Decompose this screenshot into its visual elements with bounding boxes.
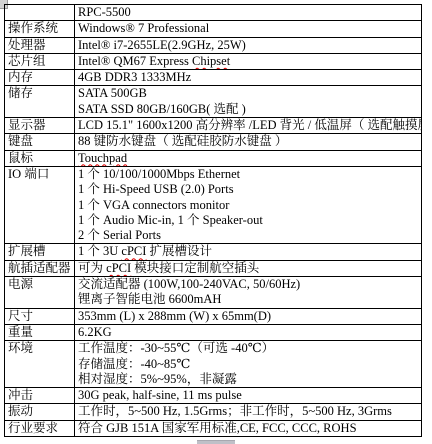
- text-segment: Intel® i7-2655LE(2.9GHz, 25W): [78, 38, 246, 52]
- spec-line: 1 个 3U cPCI 扩展槽设计: [78, 244, 418, 259]
- text-segment: 1 个 3U: [78, 244, 121, 258]
- spec-line: SATA SSD 80GB/160GB( 选配 ): [78, 102, 418, 117]
- text-segment: 1 个 10/100/1000Mbps Ethernet: [78, 167, 240, 181]
- text-segment: 30G peak, half-sine, 11 ms pulse: [78, 388, 242, 402]
- text-segment: 模块接口定制航空插头: [131, 261, 259, 275]
- spec-label[interactable]: 键盘: [5, 134, 75, 150]
- spec-line: 存储温度：-40~85℃: [78, 357, 418, 372]
- spec-label[interactable]: 振动: [5, 404, 75, 420]
- table-row-cpu: 处理器 Intel® i7-2655LE(2.9GHz, 25W): [5, 37, 422, 53]
- spec-line: 4GB DDR3 1333MHz: [78, 70, 418, 85]
- text-segment: 符合 GJB 151A 国家军用标准,CE, FCC, CCC, ROHS: [78, 421, 357, 435]
- text-segment: 6.2KG: [78, 325, 112, 339]
- text-segment: 相对湿度：5%~95%，非凝露: [78, 372, 237, 386]
- spec-line: 符合 GJB 151A 国家军用标准,CE, FCC, CCC, ROHS: [78, 421, 418, 436]
- table-row-industry-compliance: 行业要求 符合 GJB 151A 国家军用标准,CE, FCC, CCC, RO…: [5, 420, 422, 436]
- spec-line: Windows® 7 Professional: [78, 21, 418, 36]
- model-number: RPC-5500: [78, 5, 131, 19]
- spec-value[interactable]: 工作温度：-30~55℃（可选 -40℃） 存储温度：-40~85℃ 相对湿度：…: [75, 341, 422, 388]
- spec-label[interactable]: 鼠标: [5, 150, 75, 166]
- spec-label[interactable]: 芯片组: [5, 53, 75, 69]
- spec-line: LCD 15.1" 1600x1200 高分辨率 /LED 背光 / 低温屏（ …: [78, 118, 418, 133]
- table-row-weight: 重量 6.2KG: [5, 324, 422, 340]
- spec-line: RPC-5500: [78, 5, 418, 20]
- spec-value[interactable]: 30G peak, half-sine, 11 ms pulse: [75, 388, 422, 404]
- spec-label[interactable]: 储存: [5, 86, 75, 118]
- spec-line: 工作时，5~500 Hz, 1.5Grms；非工作时，5~500 Hz, 3Gr…: [78, 404, 418, 419]
- table-row-vibration: 振动 工作时，5~500 Hz, 1.5Grms；非工作时，5~500 Hz, …: [5, 404, 422, 420]
- document-page: RPC-5500 操作系统 Windows® 7 Professional 处理…: [0, 0, 432, 444]
- spec-value[interactable]: 353mm (L) x 288mm (W) x 65mm(D): [75, 308, 422, 324]
- spec-label[interactable]: 尺寸: [5, 308, 75, 324]
- table-resize-handle-artifact[interactable]: [197, 440, 235, 444]
- table-row-shock: 冲击 30G peak, half-sine, 11 ms pulse: [5, 388, 422, 404]
- spec-line: 可为 cPCI 模块接口定制航空插头: [78, 261, 418, 276]
- text-segment: 扩展槽设计: [146, 244, 212, 258]
- spec-value[interactable]: Touchpad: [75, 150, 422, 166]
- spec-label[interactable]: 显示器: [5, 118, 75, 134]
- text-segment: 锂离子智能电池 6600mAH: [78, 292, 221, 306]
- misspelled-word: cPCI: [121, 244, 146, 258]
- text-segment: SATA SSD 80GB/160GB( 选配 ): [78, 102, 246, 116]
- spec-label[interactable]: IO 端口: [5, 166, 75, 243]
- text-segment: 交流适配器 (100W,100-240VAC, 50/60Hz): [78, 277, 300, 291]
- spec-value[interactable]: 可为 cPCI 模块接口定制航空插头: [75, 260, 422, 276]
- text-segment: Intel® QM67 Express: [78, 54, 192, 68]
- misspelled-word: cPCI: [106, 261, 131, 275]
- spec-line: 1 个 Audio Mic-in, 1 个 Speaker-out: [78, 213, 418, 228]
- table-row-memory: 内存 4GB DDR3 1333MHz: [5, 70, 422, 86]
- text-segment: 1 个 Audio Mic-in, 1 个 Speaker-out: [78, 213, 263, 227]
- spec-line: Intel® QM67 Express Chipset: [78, 54, 418, 69]
- spec-line: 88 键防水键盘（ 选配硅胶防水键盘 ）: [78, 134, 418, 149]
- text-segment: 1 个 VGA connectors monitor: [78, 198, 229, 212]
- text-segment: 可为: [78, 261, 106, 275]
- spec-value[interactable]: 4GB DDR3 1333MHz: [75, 70, 422, 86]
- spec-value[interactable]: Intel® i7-2655LE(2.9GHz, 25W): [75, 37, 422, 53]
- spec-line: SATA 500GB: [78, 86, 418, 101]
- spec-line: 6.2KG: [78, 325, 418, 340]
- table-row-io-ports: IO 端口 1 个 10/100/1000Mbps Ethernet 1 个 H…: [5, 166, 422, 243]
- text-segment: LCD 15.1" 1600x1200 高分辨率 /LED 背光 / 低温屏（ …: [78, 118, 422, 132]
- table-row-environment: 环境 工作温度：-30~55℃（可选 -40℃） 存储温度：-40~85℃ 相对…: [5, 341, 422, 388]
- spec-label[interactable]: 扩展槽: [5, 244, 75, 260]
- text-segment: 1 个 Hi-Speed USB (2.0) Ports: [78, 182, 234, 196]
- spec-line: 相对湿度：5%~95%，非凝露: [78, 372, 418, 387]
- spec-label[interactable]: 重量: [5, 324, 75, 340]
- text-segment: 工作时，5~500 Hz, 1.5Grms；非工作时，5~500 Hz, 3Gr…: [78, 404, 392, 418]
- text-segment: 存储温度：-40~85℃: [78, 357, 190, 371]
- spec-line: 1 个 Hi-Speed USB (2.0) Ports: [78, 182, 418, 197]
- text-segment: SATA 500GB: [78, 86, 147, 100]
- text-segment: 工作温度：-30~55℃（可选 -40℃）: [78, 341, 274, 355]
- table-row-power: 电源 交流适配器 (100W,100-240VAC, 50/60Hz) 锂离子智…: [5, 277, 422, 309]
- spec-line: Intel® i7-2655LE(2.9GHz, 25W): [78, 38, 418, 53]
- spec-value[interactable]: 1 个 10/100/1000Mbps Ethernet 1 个 Hi-Spee…: [75, 166, 422, 243]
- spec-label[interactable]: [5, 5, 75, 21]
- table-row-keyboard: 键盘 88 键防水键盘（ 选配硅胶防水键盘 ）: [5, 134, 422, 150]
- table-row-model: RPC-5500: [5, 5, 422, 21]
- table-row-aviation-adapter: 航插适配器 可为 cPCI 模块接口定制航空插头: [5, 260, 422, 276]
- table-row-storage: 储存 SATA 500GB SATA SSD 80GB/160GB( 选配 ): [5, 86, 422, 118]
- spec-label[interactable]: 操作系统: [5, 21, 75, 37]
- spec-value[interactable]: 符合 GJB 151A 国家军用标准,CE, FCC, CCC, ROHS: [75, 420, 422, 436]
- table-row-display: 显示器 LCD 15.1" 1600x1200 高分辨率 /LED 背光 / 低…: [5, 118, 422, 134]
- spec-value[interactable]: SATA 500GB SATA SSD 80GB/160GB( 选配 ): [75, 86, 422, 118]
- spec-value[interactable]: Intel® QM67 Express Chipset: [75, 53, 422, 69]
- spec-line: 交流适配器 (100W,100-240VAC, 50/60Hz): [78, 277, 418, 292]
- spec-line: 1 个 VGA connectors monitor: [78, 198, 418, 213]
- table-row-chipset: 芯片组 Intel® QM67 Express Chipset: [5, 53, 422, 69]
- spec-line: 2 个 Serial Ports: [78, 228, 418, 243]
- spec-line: Touchpad: [78, 151, 418, 166]
- text-segment: 2 个 Serial Ports: [78, 228, 161, 242]
- table-row-dimensions: 尺寸 353mm (L) x 288mm (W) x 65mm(D): [5, 308, 422, 324]
- spec-line: 锂离子智能电池 6600mAH: [78, 292, 418, 307]
- spec-value[interactable]: LCD 15.1" 1600x1200 高分辨率 /LED 背光 / 低温屏（ …: [75, 118, 422, 134]
- spec-line: 1 个 10/100/1000Mbps Ethernet: [78, 167, 418, 182]
- spec-value[interactable]: 88 键防水键盘（ 选配硅胶防水键盘 ）: [75, 134, 422, 150]
- text-segment: 4GB DDR3 1333MHz: [78, 70, 191, 84]
- spec-label[interactable]: 内存: [5, 70, 75, 86]
- spec-value[interactable]: 交流适配器 (100W,100-240VAC, 50/60Hz) 锂离子智能电池…: [75, 277, 422, 309]
- spec-value[interactable]: 1 个 3U cPCI 扩展槽设计: [75, 244, 422, 260]
- spec-line: 30G peak, half-sine, 11 ms pulse: [78, 388, 418, 403]
- spec-label[interactable]: 处理器: [5, 37, 75, 53]
- text-segment: Windows® 7 Professional: [78, 21, 209, 35]
- spec-value[interactable]: Windows® 7 Professional: [75, 21, 422, 37]
- spec-label[interactable]: 电源: [5, 277, 75, 309]
- text-segment: 353mm (L) x 288mm (W) x 65mm(D): [78, 309, 271, 323]
- spec-value[interactable]: 6.2KG: [75, 324, 422, 340]
- spec-label[interactable]: 环境: [5, 341, 75, 388]
- table-row-os: 操作系统 Windows® 7 Professional: [5, 21, 422, 37]
- text-segment: 88 键防水键盘（ 选配硅胶防水键盘 ）: [78, 134, 287, 148]
- spec-label[interactable]: 行业要求: [5, 420, 75, 436]
- misspelled-word: Touchpad: [78, 151, 127, 165]
- table-row-mouse: 鼠标 Touchpad: [5, 150, 422, 166]
- spec-line: 353mm (L) x 288mm (W) x 65mm(D): [78, 309, 418, 324]
- table-row-expansion-slot: 扩展槽 1 个 3U cPCI 扩展槽设计: [5, 244, 422, 260]
- misspelled-word: Chipset: [192, 54, 230, 68]
- spec-value[interactable]: 工作时，5~500 Hz, 1.5Grms；非工作时，5~500 Hz, 3Gr…: [75, 404, 422, 420]
- spec-table: RPC-5500 操作系统 Windows® 7 Professional 处理…: [4, 4, 422, 437]
- spec-line: 工作温度：-30~55℃（可选 -40℃）: [78, 341, 418, 356]
- spec-value[interactable]: RPC-5500: [75, 5, 422, 21]
- spec-label[interactable]: 冲击: [5, 388, 75, 404]
- spec-label[interactable]: 航插适配器: [5, 260, 75, 276]
